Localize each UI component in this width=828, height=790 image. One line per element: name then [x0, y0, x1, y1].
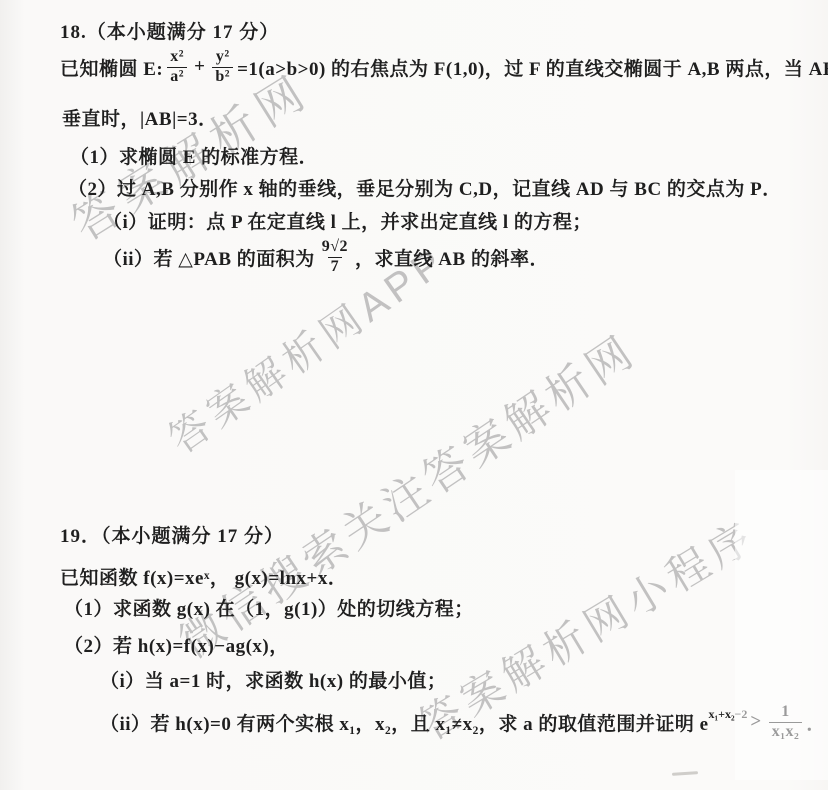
- problem19-header: 19．（本小题满分 17 分）: [60, 521, 284, 548]
- fraction-numerator: y²: [213, 49, 233, 67]
- problem18-part2-ii-prefix: （ii）若 △PAB 的面积为: [103, 244, 315, 271]
- scan-bright-patch: [735, 470, 828, 780]
- problem18-part2-sub-i: （i）证明：点 P 在定直线 l 上，并求出定直线 l 的方程；: [103, 207, 592, 234]
- problem19-part2-sub-i: （i）当 a=1 时，求函数 h(x) 的最小值；: [100, 666, 446, 693]
- fraction-denominator: a²: [167, 67, 187, 86]
- problem18-given-suffix: =1(a>b>0) 的右焦点为 F(1,0)，过 F 的直线交椭圆于 A,B 两…: [237, 54, 828, 81]
- exam-paper-page: 答案解析网 答案解析网APP 微信搜索关注答案解析网 答案解析网小程序 18.（…: [0, 0, 828, 790]
- fraction-x2-over-a2: x² a²: [167, 49, 187, 86]
- problem18-given-line: 已知椭圆 E: x² a² + y² b² =1(a>b>0) 的右焦点为 F(…: [60, 44, 828, 90]
- problem19-part2: （2）若 h(x)=f(x)−ag(x)，: [64, 631, 289, 658]
- fraction-numerator: x²: [167, 49, 187, 67]
- fraction-y2-over-b2: y² b²: [212, 49, 233, 86]
- fraction-denominator: 7: [328, 257, 343, 276]
- problem19-part2-sub-ii: （ii）若 h(x)=0 有两个实根 x₁，x₂，且 x₁≠x₂，求 a 的取值…: [100, 698, 826, 746]
- problem19-given-line: 已知函数 f(x)=xeˣ， g(x)=lnx+x．: [60, 563, 347, 590]
- problem18-part1: （1）求椭圆 E 的标准方程．: [70, 142, 318, 169]
- problem19-part1: （1）求函数 g(x) 在（1，g(1)）处的切线方程；: [64, 594, 474, 621]
- problem19-part2-ii-prefix: （ii）若 h(x)=0 有两个实根 x₁，x₂，且 x₁≠x₂，求 a 的取值…: [100, 709, 709, 736]
- fraction-numerator: 9√2: [319, 239, 351, 257]
- problem18-given-prefix: 已知椭圆 E:: [60, 54, 163, 81]
- problem18-part2-sub-ii: （ii）若 △PAB 的面积为 9√2 7 ，求直线 AB 的斜率．: [103, 232, 549, 282]
- fraction-denominator: b²: [212, 67, 233, 86]
- problem18-part2-ii-suffix: ，求直线 AB 的斜率．: [355, 244, 549, 271]
- problem18-header: 18.（本小题满分 17 分）: [60, 17, 279, 44]
- problem18-given-continuation: 垂直时，|AB|=3．: [62, 104, 218, 131]
- problem18-part2: （2）过 A,B 分别作 x 轴的垂线，垂足分别为 C,D，记直线 AD 与 B…: [68, 174, 782, 201]
- scan-artifact-dash: [672, 771, 698, 776]
- plus-sign: +: [194, 56, 205, 78]
- fraction-9root2-over-7: 9√2 7: [319, 239, 351, 276]
